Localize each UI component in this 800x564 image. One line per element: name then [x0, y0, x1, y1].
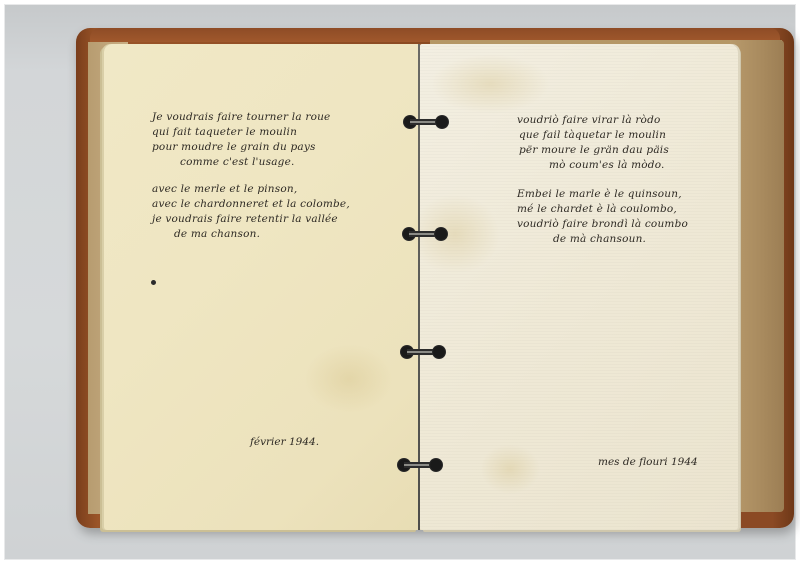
poem-occitan: voudriò faire virar là ròdo que fail tàq…	[517, 113, 688, 247]
date-signature-right: mes de flouri 1944	[598, 456, 698, 468]
binding-ring	[403, 115, 449, 129]
photo-frame: Je voudrais faire tourner la roue qui fa…	[0, 0, 800, 564]
poem-line: Je voudrais faire tourner la roue	[152, 110, 350, 125]
poem-line: për moure le grän dau päis	[517, 143, 688, 158]
paper-stain	[430, 54, 550, 114]
poem-line: qui fait taqueter le moulin	[152, 125, 350, 140]
binding-ring	[397, 458, 443, 472]
binding-ring	[402, 227, 448, 241]
poem-line: comme c'est l'usage.	[152, 155, 350, 170]
poem-line: que fail tàquetar le moulin	[517, 128, 688, 143]
poem-line: Embei le marle è le quinsoun,	[517, 187, 688, 202]
binding-ring	[400, 345, 446, 359]
poem-line: avec le merle et le pinson,	[152, 182, 350, 197]
date-signature-left: février 1944.	[250, 436, 319, 448]
poem-line: de ma chanson.	[152, 227, 350, 242]
poem-line: je voudrais faire retentir la vallée	[152, 212, 350, 227]
poem-line: pour moudre le grain du pays	[152, 140, 350, 155]
poem-line: avec le chardonneret et la colombe,	[152, 197, 350, 212]
inner-lining-right	[730, 40, 784, 512]
poem-line: voudriò faire virar là ròdo	[517, 113, 688, 128]
ink-spot	[151, 280, 156, 285]
poem-line: de mà chansoun.	[517, 232, 688, 247]
poem-french: Je voudrais faire tourner la roue qui fa…	[152, 110, 350, 242]
poem-line: voudriò faire brondì là coumbo	[517, 217, 688, 232]
paper-stain	[480, 444, 540, 494]
paper-stain	[304, 344, 394, 414]
poem-line: mé le chardet è là coulombo,	[517, 202, 688, 217]
poem-line: mò coum'es là mòdo.	[517, 158, 688, 173]
